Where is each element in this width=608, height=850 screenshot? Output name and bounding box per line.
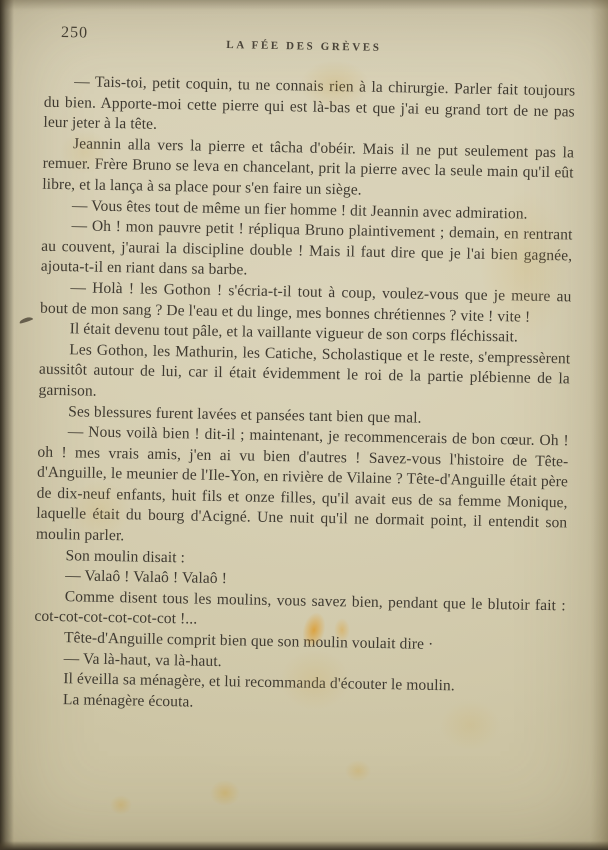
running-title: LA FÉE DES GRÈVES bbox=[0, 35, 608, 58]
foxing-stain bbox=[210, 780, 240, 806]
ink-speck bbox=[19, 316, 34, 324]
scan-edge-left bbox=[0, 0, 14, 850]
paragraph: Jeannin alla vers la pierre et tâcha d'o… bbox=[42, 133, 574, 205]
paragraph: Les Gothon, les Mathurin, les Catiche, S… bbox=[38, 339, 570, 411]
scan-edge-bottom bbox=[0, 841, 608, 850]
paragraph: — Tais-toi, petit coquin, tu ne connais … bbox=[43, 72, 575, 144]
foxing-stain bbox=[110, 795, 132, 815]
foxing-stain bbox=[345, 760, 371, 782]
scan-edge-right bbox=[590, 0, 608, 850]
book-page-scan: 250 LA FÉE DES GRÈVES — Tais-toi, petit … bbox=[0, 0, 608, 850]
paragraph: — Nous voilà bien ! dit-il ; maintenant,… bbox=[36, 422, 569, 555]
paragraph: — Oh ! mon pauvre petit ! répliqua Bruno… bbox=[41, 216, 573, 288]
scan-edge-top bbox=[0, 0, 608, 10]
page-body: — Tais-toi, petit coquin, tu ne connais … bbox=[33, 72, 576, 720]
